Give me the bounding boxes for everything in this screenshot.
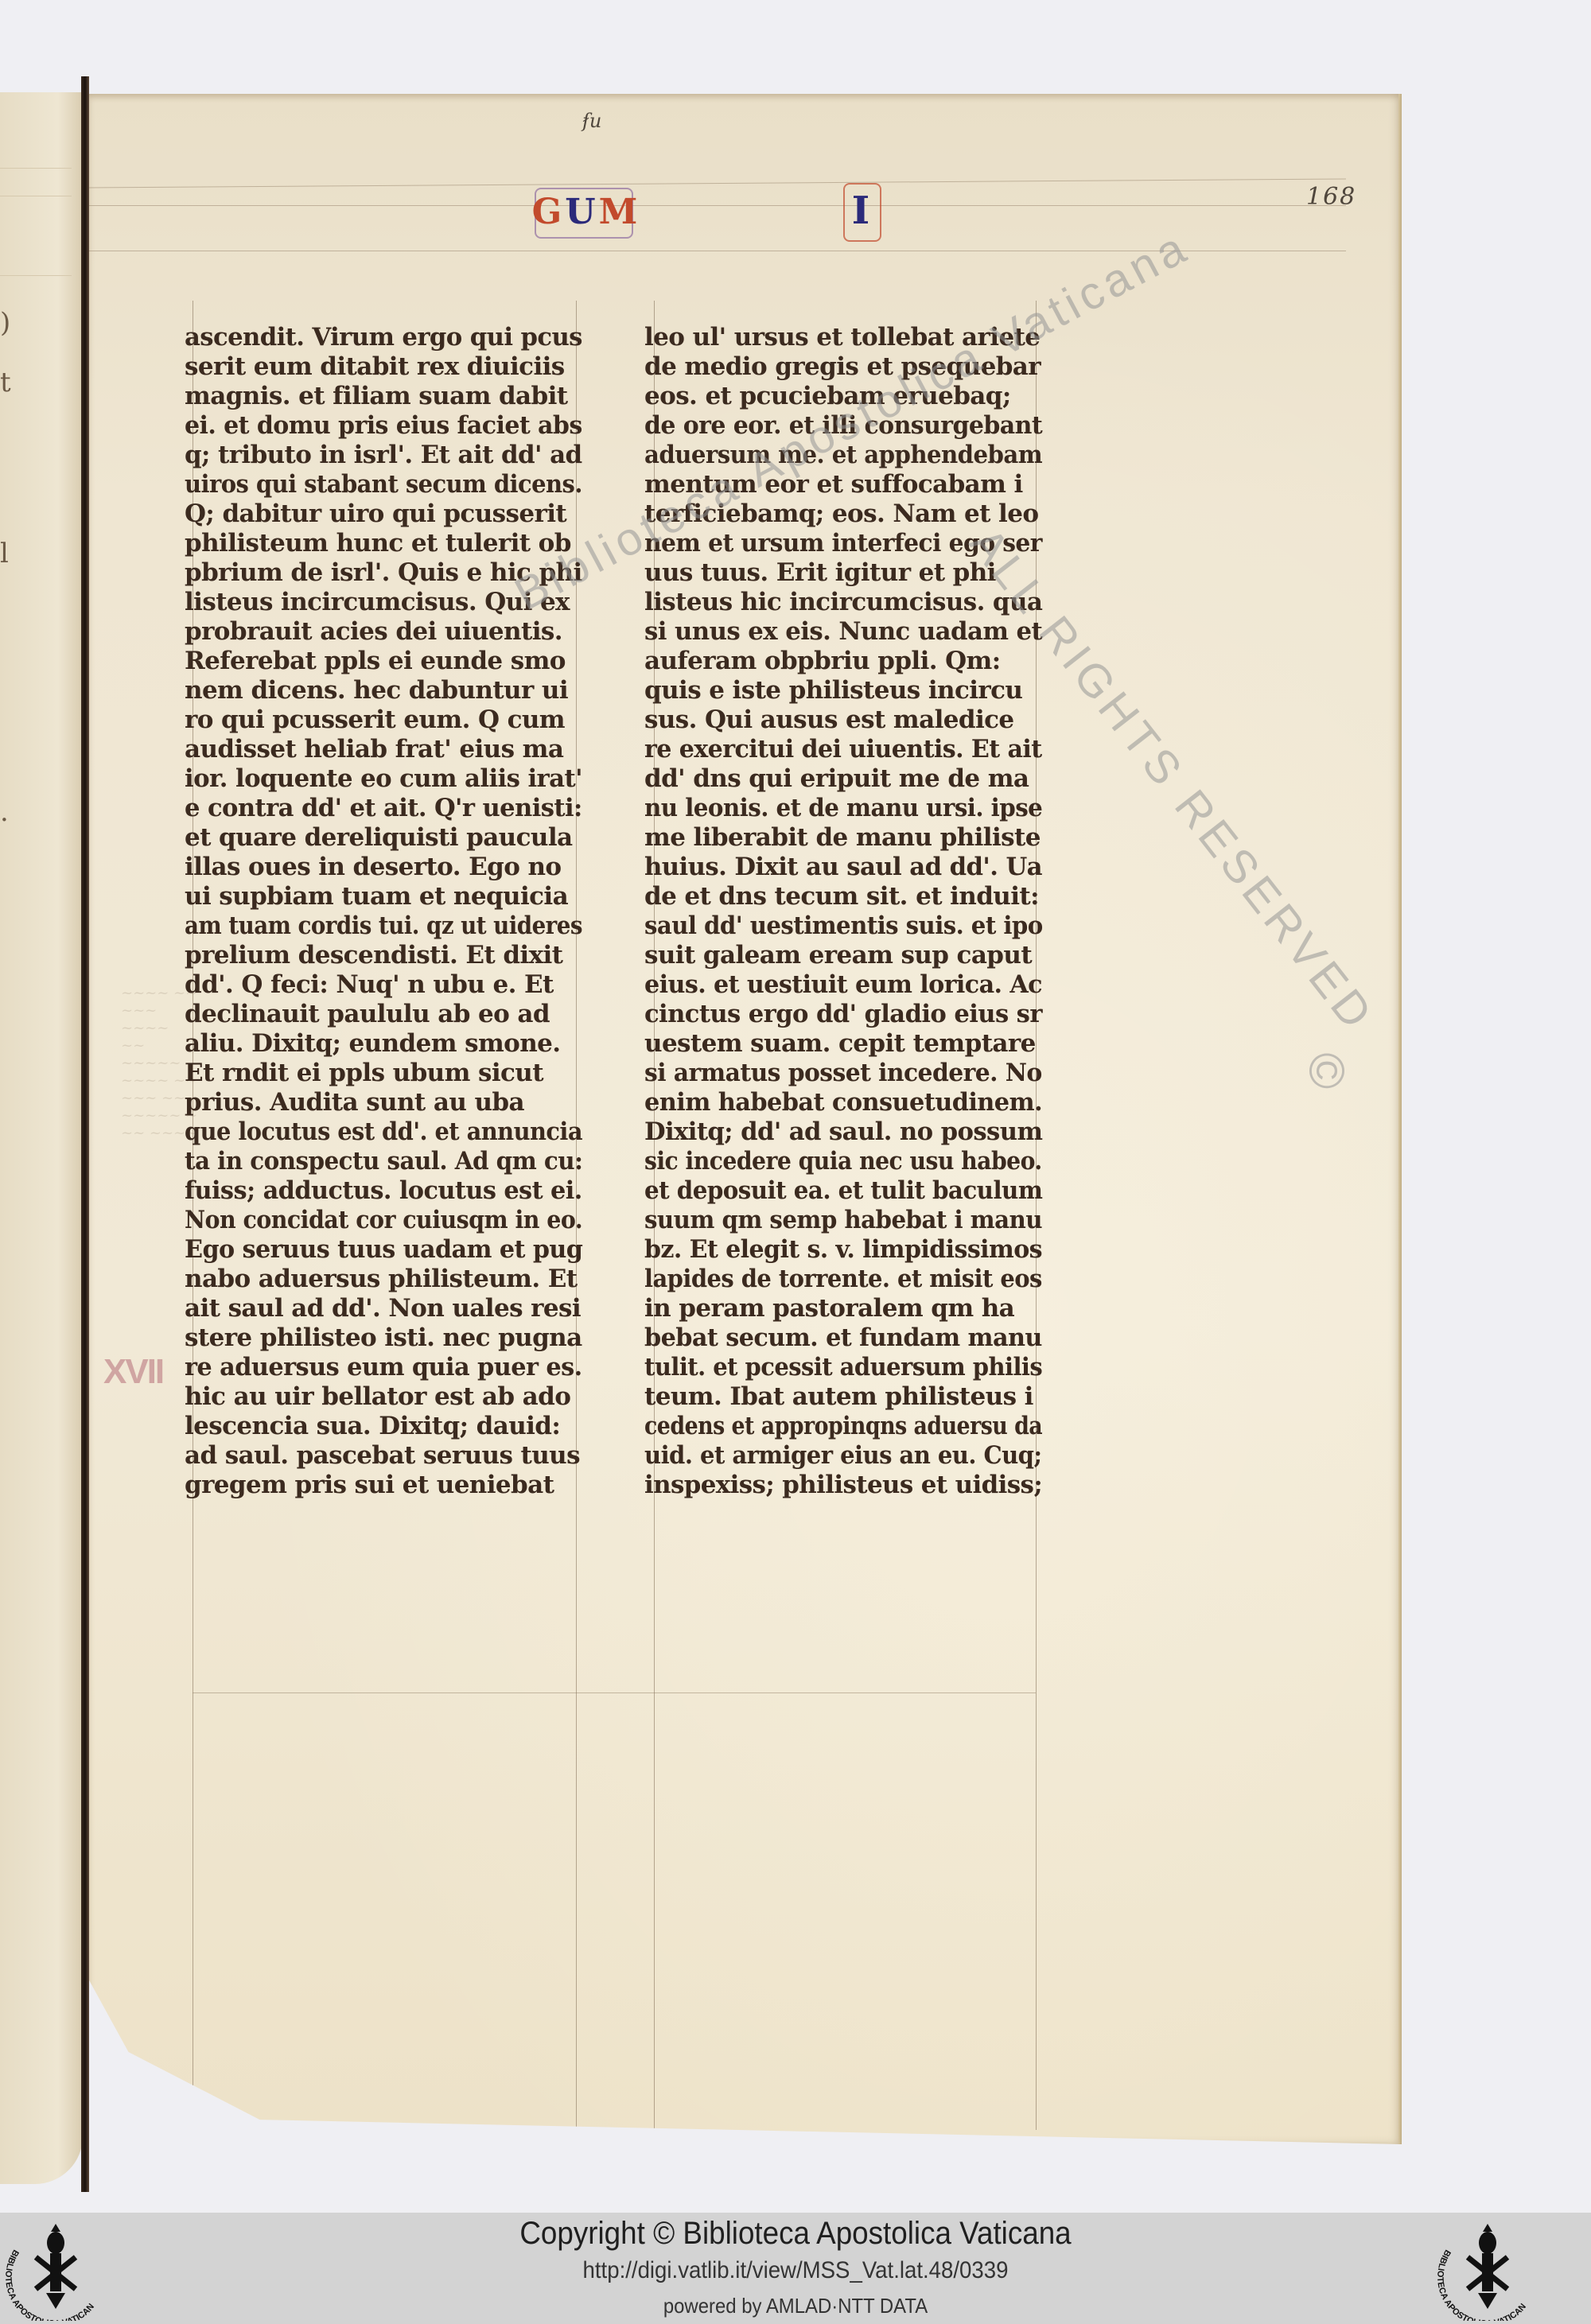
text-line: declinauit paululu ab eo ad xyxy=(185,1000,582,1029)
text-line: suum qm semp habebat i manu xyxy=(644,1206,1021,1235)
text-line: tulit. et pcessit aduersum philis xyxy=(644,1353,1017,1382)
text-line: Non concidat cor cuiusqm in eo. xyxy=(185,1206,550,1235)
text-line: saul dd' uestimentis suis. et ipo xyxy=(644,911,1019,941)
running-header-left: G U M xyxy=(541,189,628,235)
header-initial: U xyxy=(563,195,597,230)
text-line: uiros qui stabant secum dicens. xyxy=(185,470,557,499)
page-edge xyxy=(1398,94,1403,2144)
text-line: Dixitq; dd' ad saul. no possum xyxy=(644,1117,1038,1147)
text-line: bz. Et elegit s. v. limpidissimos xyxy=(644,1235,1030,1265)
text-line: Ego seruus tuus uadam et pug xyxy=(185,1235,573,1265)
text-line: nabo aduersus philisteum. Et xyxy=(185,1265,582,1294)
top-margin-note: ẜu xyxy=(582,110,601,132)
text-line: re exercitui dei uiuentis. Et ait xyxy=(644,735,1031,764)
text-line: sus. Qui ausus est maledice xyxy=(644,705,1042,735)
folio-number: 168 xyxy=(1306,183,1356,211)
verso-text-fragment: l xyxy=(0,538,9,569)
text-line: listeus hic incircumcisus. qua xyxy=(644,588,1041,617)
header-ruling xyxy=(89,178,1346,188)
text-line: cinctus ergo dd' gladio eius sr xyxy=(644,1000,1037,1029)
text-line: quis e iste philisteus incircu xyxy=(644,676,1042,705)
text-line: bebat secum. et fundam manu xyxy=(644,1323,1033,1353)
text-line: e contra dd' et ait. Q'r uenisti: xyxy=(185,794,578,823)
header-ruling xyxy=(89,205,1346,206)
text-line: inspexiss; philisteus et uidiss; xyxy=(644,1471,1041,1500)
text-line: cedens et appropinqns aduersu da xyxy=(644,1412,989,1441)
text-line: nu leonis. et de manu ursi. ipse xyxy=(644,794,1021,823)
text-line: Q; dabitur uiro qui pcusserit xyxy=(185,499,582,529)
text-line: audisset heliab frat' eius ma xyxy=(185,735,582,764)
ruling-line xyxy=(0,275,72,276)
text-line: dd'. Q feci: Nuq' n ubu e. Et xyxy=(185,970,582,1000)
text-line: eius. et uestiuit eum lorica. Ac xyxy=(644,970,1032,1000)
text-line: fuiss; adductus. locutus est ei. xyxy=(185,1176,574,1206)
source-url[interactable]: http://digi.vatlib.it/view/MSS_Vat.lat.4… xyxy=(64,2257,1527,2284)
text-line: lescencia sua. Dixitq; dauid: xyxy=(185,1412,582,1441)
vatican-library-seal-icon: BIBLIOTECA APOSTOLICA VATICANA xyxy=(1432,2217,1543,2321)
bottom-stamp: Gnuo xyxy=(137,2130,189,2155)
text-block-bottom-rule xyxy=(193,1692,1036,1693)
header-initial: I xyxy=(850,192,871,230)
text-column-left: ascendit. Virum ergo qui pcus serit eum … xyxy=(185,323,582,1500)
verso-text-fragment: t xyxy=(0,367,11,398)
verso-text-fragment: ) xyxy=(0,307,10,339)
verso-text-fragment: · xyxy=(0,804,9,836)
text-line: lapides de torrente. et misit eos xyxy=(644,1265,1017,1294)
text-line: que locutus est dd'. et annuncia xyxy=(185,1117,555,1147)
text-line: hic au uir bellator est ab ado xyxy=(185,1382,582,1412)
text-line: si unus ex eis. Nunc uadam et xyxy=(644,617,1040,647)
text-line: de et dns tecum sit. et induit: xyxy=(644,882,1042,911)
text-line: prius. Audita sunt au uba xyxy=(185,1088,582,1117)
text-line: aliu. Dixitq; eundem smone. xyxy=(185,1029,582,1059)
ruling-line xyxy=(0,196,72,196)
text-line: serit eum ditabit rex diuiciis xyxy=(185,352,582,382)
text-line: am tuam cordis tui. qz ut uideres xyxy=(185,911,540,941)
text-line: ei. et domu pris eius faciet abs xyxy=(185,411,570,441)
watermark-copyright: © xyxy=(1298,1053,1355,1094)
text-line: uid. et armiger eius an eu. Cuq; xyxy=(644,1441,1017,1471)
book-gutter xyxy=(81,76,89,2192)
text-line: Et rndit ei ppls ubum sicut xyxy=(185,1059,582,1088)
text-line: et quare dereliquisti paucula xyxy=(185,823,582,853)
text-line: Referebat ppls ei eunde smo xyxy=(185,647,582,676)
header-initial: M xyxy=(597,195,640,230)
text-line: illas oues in deserto. Ego no xyxy=(185,853,582,882)
text-line: stere philisteo isti. nec pugna xyxy=(185,1323,582,1353)
margin-roman-numeral: XVII xyxy=(103,1352,163,1392)
text-line: suit galeam eream sup caput xyxy=(644,941,1042,970)
text-line: ta in conspectu saul. Ad qm cu: xyxy=(185,1147,562,1176)
text-line: sic incedere quia nec usu habeo. xyxy=(644,1147,1007,1176)
manuscript-viewer: ) t l · ẜu 168 G U M I xyxy=(0,0,1591,2213)
text-line: probrauit acies dei uiuentis. xyxy=(185,617,582,647)
text-line: philisteum hunc et tulerit ob xyxy=(185,529,582,558)
text-line: huius. Dixit au saul ad dd'. Ua xyxy=(644,853,1039,882)
recto-page: ẜu 168 G U M I ~~~~ ~~~~~ ~~~~~~ ~~~~~~~… xyxy=(89,94,1402,2144)
text-line: nem dicens. hec dabuntur ui xyxy=(185,676,582,705)
text-line: q; tributo in isrl'. Et ait dd' ad xyxy=(185,441,582,470)
text-line: prelium descendisti. Et dixit xyxy=(185,941,582,970)
text-line: enim habebat consuetudinem. xyxy=(644,1088,1034,1117)
copyright-footer: BIBLIOTECA APOSTOLICA VATICANA Copyright… xyxy=(0,2213,1591,2324)
text-line: ascendit. Virum ergo qui pcus xyxy=(185,323,578,352)
copyright-text: Copyright © Biblioteca Apostolica Vatica… xyxy=(64,2216,1527,2252)
text-line: ro qui pcusserit eum. Q cum xyxy=(185,705,582,735)
text-line: magnis. et filiam suam dabit xyxy=(185,382,582,411)
text-line: dd' dns qui eripuit me de ma xyxy=(644,764,1042,794)
text-line: ui supbiam tuam et nequicia xyxy=(185,882,582,911)
text-line: in peram pastoralem qm ha xyxy=(644,1294,1042,1323)
text-line: uestem suam. cepit temptare xyxy=(644,1029,1042,1059)
verso-page-edge: ) t l · xyxy=(0,92,83,2184)
text-line: teum. Ibat autem philisteus i xyxy=(644,1382,1042,1412)
text-line: gregem pris sui et ueniebat xyxy=(185,1471,582,1500)
ruling-line xyxy=(0,168,72,169)
header-initial: G xyxy=(531,195,564,230)
text-line: me liberabit de manu philiste xyxy=(644,823,1042,853)
text-line: et deposuit ea. et tulit baculum xyxy=(644,1176,1021,1206)
running-header-right: I xyxy=(845,186,877,235)
text-line: ior. loquente eo cum aliis irat' xyxy=(185,764,579,794)
text-line: ad saul. pascebat seruus tuus xyxy=(185,1441,582,1471)
text-line: si armatus posset incedere. No xyxy=(644,1059,1027,1088)
text-line: ait saul ad dd'. Non uales resi xyxy=(185,1294,582,1323)
powered-by-text: powered by AMLAD·NTT DATA xyxy=(64,2294,1527,2318)
text-line: auferam obpbriu ppli. Qm: xyxy=(644,647,1042,676)
text-line: re aduersus eum quia puer es. xyxy=(185,1353,574,1382)
